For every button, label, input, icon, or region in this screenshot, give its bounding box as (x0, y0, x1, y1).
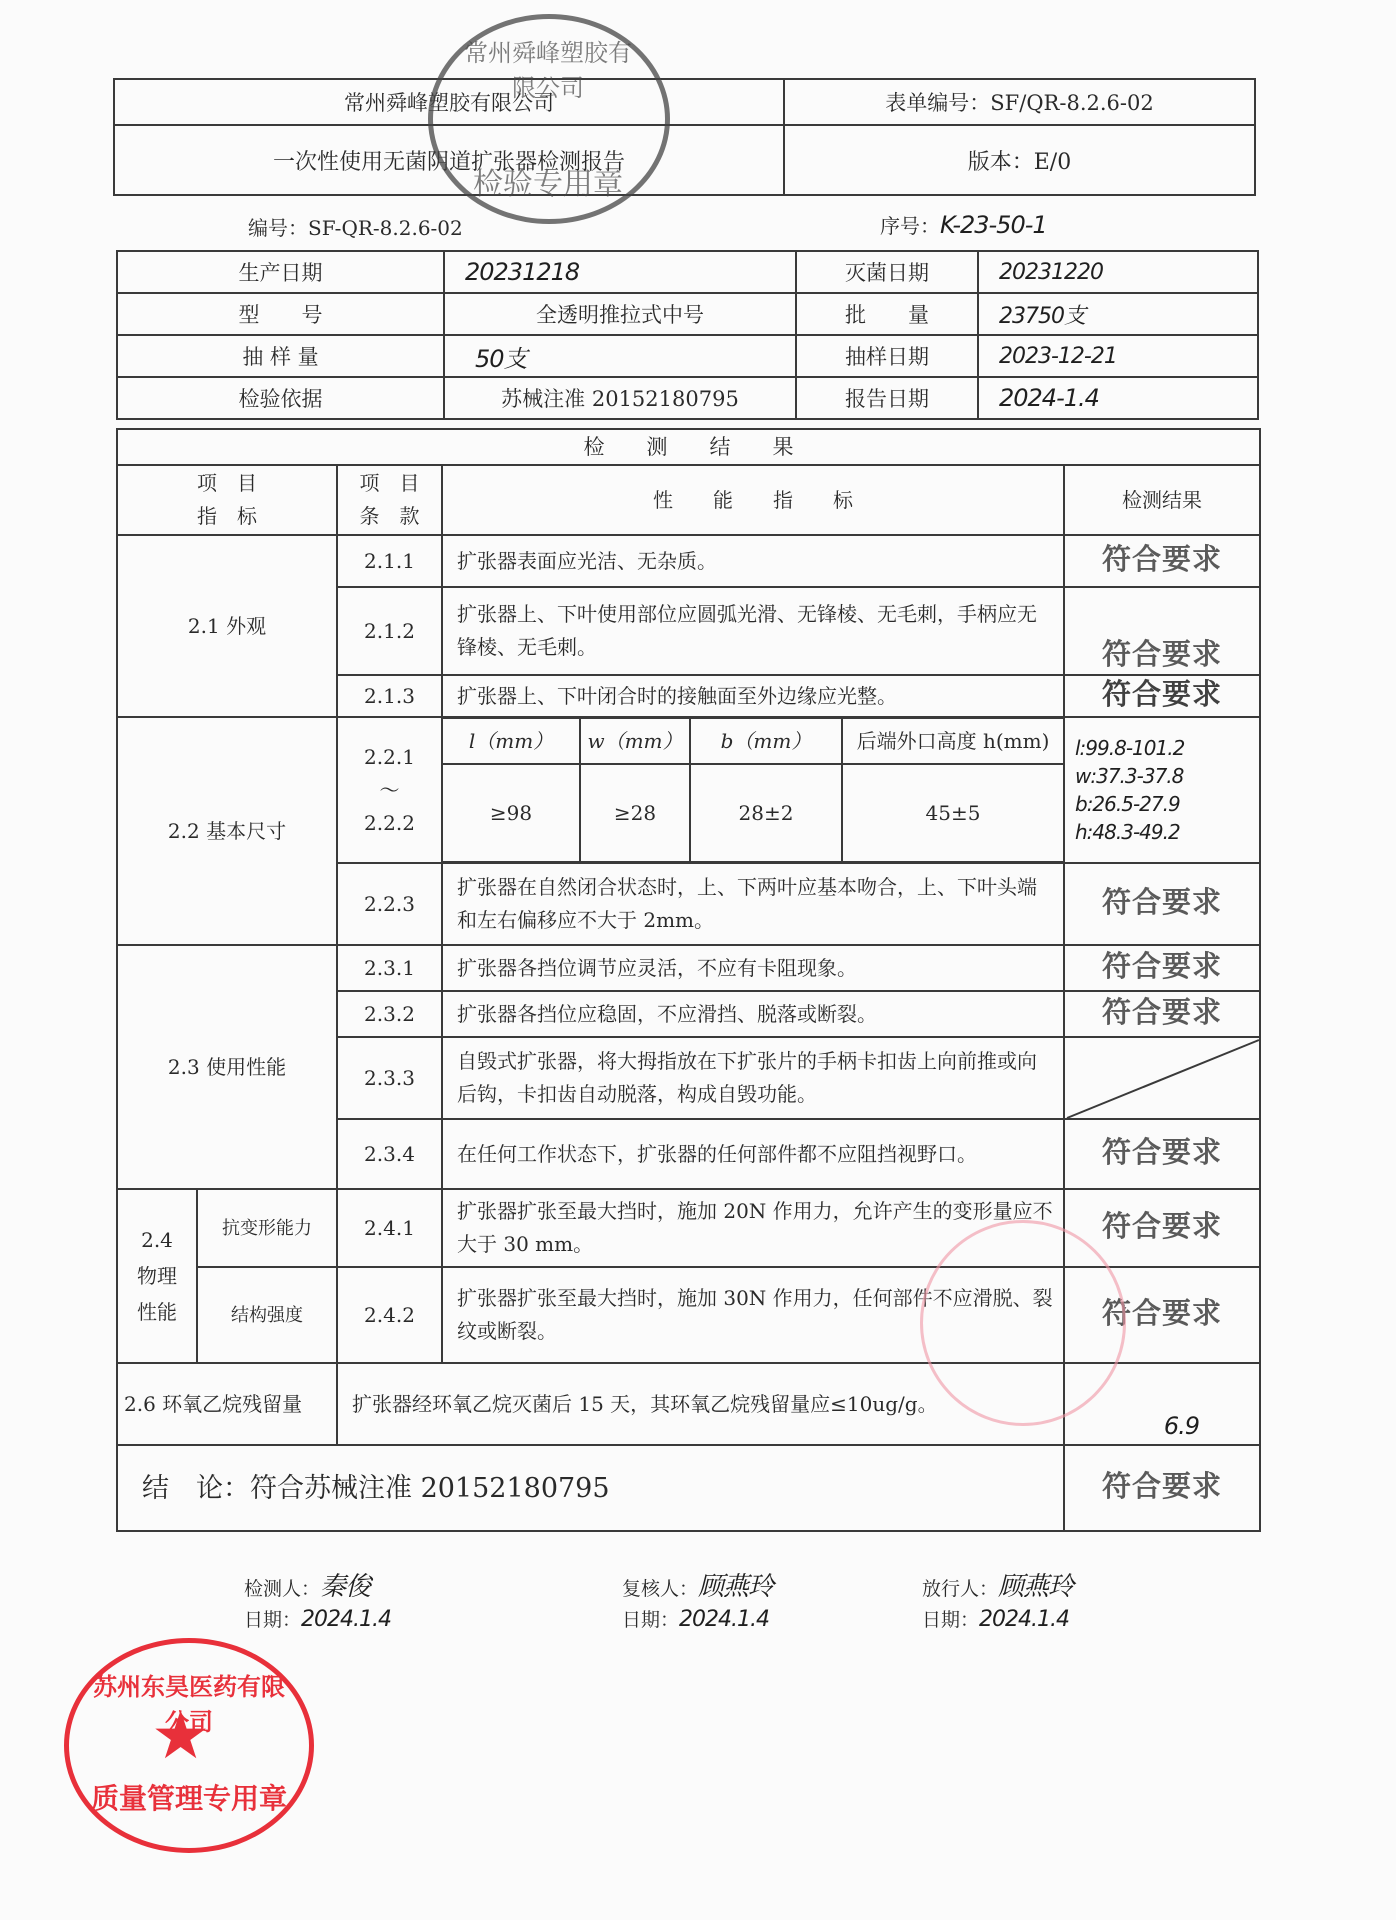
model-value: 全透明推拉式中号 (444, 293, 796, 335)
group-usage: 2.3 使用性能 (117, 945, 337, 1189)
batch-qty-label: 批 量 (796, 293, 978, 335)
dim-header-w: w（mm） (580, 718, 690, 764)
company-name: 常州舜峰塑胶有限公司 (114, 79, 784, 125)
col-clause: 项 目 条 款 (337, 465, 442, 535)
sampling-date-label: 抽样日期 (796, 335, 978, 377)
table-row: 结构强度 2.4.2 扩张器扩张至最大挡时，施加 30N 作用力，任何部件不应滑… (117, 1267, 1260, 1363)
tester-label: 检测人： (244, 1578, 320, 1600)
clause: 2.3.1 (337, 945, 442, 991)
col-performance: 性 能 指 标 (442, 465, 1064, 535)
group-eo-residue: 2.6 环氧乙烷残留量 (117, 1363, 337, 1445)
reviewer-signature: 复核人：顾燕玲 日期：2024.1.4 (622, 1566, 773, 1632)
clause: 2.1.1 (337, 535, 442, 587)
info-table: 生产日期 20231218 灭菌日期 20231220 型 号 全透明推拉式中号… (116, 250, 1259, 420)
quality-stamp-top-text: 苏州东昊医药有限公司 (89, 1667, 289, 1737)
releaser-label: 放行人： (922, 1578, 998, 1600)
group-physical-line1: 2.4 (118, 1222, 196, 1258)
table-row: 2.1 外观 2.1.1 扩张器表面应光洁、无杂质。 符合要求 (117, 535, 1260, 587)
clause: 2.1.2 (337, 587, 442, 675)
dim-header-h: 后端外口高度 h(mm) (842, 718, 1064, 764)
group-dimensions: 2.2 基本尺寸 (117, 717, 337, 945)
sampling-date-value: 2023-12-21 (999, 344, 1117, 369)
col-item-indicator-line1: 项 目 (118, 467, 336, 500)
clause-end: 2.2.2 (338, 807, 441, 840)
clause: 2.3.4 (337, 1119, 442, 1189)
basis-value: 苏械注准 20152180795 (444, 377, 796, 419)
col-result: 检测结果 (1064, 465, 1260, 535)
dim-value-b: 28±2 (690, 764, 842, 862)
quality-stamp: 苏州东昊医药有限公司 ★ 质量管理专用章 (64, 1638, 314, 1853)
requirement: 扩张器在自然闭合状态时，上、下两叶应基本吻合，上、下叶头端和左右偏移应不大于 2… (442, 863, 1064, 945)
results-table: 检 测 结 果 项 目 指 标 项 目 条 款 性 能 指 标 检测结果 2.1… (116, 428, 1261, 1532)
table-row: 2.4 物理 性能 抗变形能力 2.4.1 扩张器扩张至最大挡时，施加 20N … (117, 1189, 1260, 1267)
conclusion: 结 论：符合苏械注准 20152180795 (117, 1445, 1064, 1531)
clause: 2.3.2 (337, 991, 442, 1037)
measured-values: l:99.8-101.2 w:37.3-37.8 b:26.5-27.9 h:4… (1064, 717, 1260, 863)
group-appearance: 2.1 外观 (117, 535, 337, 717)
version: 版本：E/0 (784, 125, 1255, 195)
report-title: 一次性使用无菌阴道扩张器检测报告 (114, 125, 784, 195)
requirement: 自毁式扩张器，将大拇指放在下扩张片的手柄卡扣齿上向前推或向后钩，卡扣齿自动脱落，… (442, 1037, 1064, 1119)
group-physical-line3: 性能 (118, 1294, 196, 1330)
sterilization-date-label: 灭菌日期 (796, 251, 978, 293)
measured-l: l:99.8-101.2 (1075, 734, 1259, 762)
requirement: 在任何工作状态下，扩张器的任何部件都不应阻挡视野口。 (442, 1119, 1064, 1189)
group-physical-line2: 物理 (118, 1258, 196, 1294)
releaser-date: 2024.1.4 (979, 1607, 1069, 1632)
requirement: 扩张器扩张至最大挡时，施加 30N 作用力，任何部件不应滑脱、裂纹或断裂。 (442, 1267, 1064, 1363)
clause: 2.4.1 (337, 1189, 442, 1267)
result-stamp: 符合要求 (1102, 949, 1222, 983)
production-date-value: 20231218 (465, 258, 579, 286)
result-stamp: 符合要求 (1102, 1469, 1222, 1503)
not-applicable-cell (1064, 1037, 1260, 1119)
requirement: 扩张器各挡位应稳固，不应滑挡、脱落或断裂。 (442, 991, 1064, 1037)
result-stamp: 符合要求 (1102, 1135, 1222, 1169)
releaser-signature: 放行人：顾燕玲 日期：2024.1.4 (922, 1566, 1073, 1632)
report-date-value: 2024-1.4 (999, 384, 1099, 412)
requirement: 扩张器表面应光洁、无杂质。 (442, 535, 1064, 587)
measured-b: b:26.5-27.9 (1075, 790, 1259, 818)
clause: 2.1.3 (337, 675, 442, 717)
results-section-title: 检 测 结 果 (117, 429, 1260, 465)
clause-start: 2.2.1 (338, 741, 441, 774)
result-stamp: 符合要求 (1102, 1209, 1222, 1243)
reviewer-name: 顾燕玲 (698, 1572, 773, 1602)
result-stamp: 符合要求 (1102, 995, 1222, 1029)
clause-range: 2.2.1 ～ 2.2.2 (337, 717, 442, 863)
tester-date: 2024.1.4 (301, 1607, 391, 1632)
clause-tilde: ～ (338, 774, 441, 807)
serial-number: 序号：K-23-50-1 (880, 210, 1047, 239)
reviewer-date-label: 日期： (622, 1609, 679, 1631)
requirement: 扩张器上、下叶使用部位应圆弧光滑、无锋棱、无毛刺，手柄应无锋棱、无毛刺。 (442, 587, 1064, 675)
sterilization-date-value: 20231220 (999, 260, 1103, 285)
sample-qty-value: 50支 (475, 345, 527, 373)
production-date-label: 生产日期 (117, 251, 444, 293)
requirement: 扩张器各挡位调节应灵活，不应有卡阻现象。 (442, 945, 1064, 991)
sub-item: 抗变形能力 (197, 1189, 337, 1267)
dim-value-l: ≥98 (442, 764, 580, 862)
requirement: 扩张器经环氧乙烷灭菌后 15 天，其环氧乙烷残留量应≤10ug/g。 (337, 1363, 1064, 1445)
result-stamp: 符合要求 (1102, 637, 1222, 671)
conclusion-row: 结 论：符合苏械注准 20152180795 符合要求 (117, 1445, 1260, 1531)
table-row: 2.6 环氧乙烷残留量 扩张器经环氧乙烷灭菌后 15 天，其环氧乙烷残留量应≤1… (117, 1363, 1260, 1445)
model-label: 型 号 (117, 293, 444, 335)
measured-w: w:37.3-37.8 (1075, 762, 1259, 790)
tester-name: 秦俊 (320, 1572, 370, 1602)
dim-value-w: ≥28 (580, 764, 690, 862)
diagonal-slash-icon (1065, 1038, 1261, 1120)
measured-h: h:48.3-49.2 (1075, 818, 1259, 846)
result-stamp: 符合要求 (1102, 1296, 1222, 1330)
document-number: 编号：SF-QR-8.2.6-02 (248, 212, 463, 241)
clause: 2.3.3 (337, 1037, 442, 1119)
eo-residue-value: 6.9 (1164, 1412, 1199, 1440)
table-row: 2.2 基本尺寸 2.2.1 ～ 2.2.2 l（mm） w（mm） b（mm）… (117, 717, 1260, 863)
sample-qty-label: 抽 样 量 (117, 335, 444, 377)
batch-qty-value: 23750支 (999, 304, 1085, 329)
star-icon: ★ (151, 1703, 210, 1769)
reviewer-label: 复核人： (622, 1578, 698, 1600)
dim-header-l: l（mm） (442, 718, 580, 764)
col-clause-line1: 项 目 (338, 467, 441, 500)
table-row: 2.3 使用性能 2.3.1 扩张器各挡位调节应灵活，不应有卡阻现象。 符合要求 (117, 945, 1260, 991)
serial-number-value: K-23-50-1 (940, 211, 1047, 239)
col-item-indicator: 项 目 指 标 (117, 465, 337, 535)
result-stamp: 符合要求 (1102, 542, 1222, 576)
form-number: 表单编号：SF/QR-8.2.6-02 (784, 79, 1255, 125)
clause: 2.2.3 (337, 863, 442, 945)
requirement: 扩张器上、下叶闭合时的接触面至外边缘应光整。 (442, 675, 1064, 717)
group-physical: 2.4 物理 性能 (117, 1189, 197, 1363)
dim-header-b: b（mm） (690, 718, 842, 764)
requirement: 扩张器扩张至最大挡时，施加 20N 作用力，允许产生的变形量应不大于 30 mm… (442, 1189, 1064, 1267)
dimension-subtable: l（mm） w（mm） b（mm） 后端外口高度 h(mm) ≥98 ≥28 2… (441, 717, 1065, 863)
sub-item: 结构强度 (197, 1267, 337, 1363)
tester-signature: 检测人：秦俊 日期：2024.1.4 (244, 1566, 391, 1632)
result-stamp: 符合要求 (1102, 885, 1222, 919)
result-stamp: 符合要求 (1102, 677, 1222, 711)
clause: 2.4.2 (337, 1267, 442, 1363)
basis-label: 检验依据 (117, 377, 444, 419)
releaser-name: 顾燕玲 (998, 1572, 1073, 1602)
releaser-date-label: 日期： (922, 1609, 979, 1631)
document-number-label: 编号： (248, 216, 308, 240)
quality-stamp-bottom-text: 质量管理专用章 (89, 1777, 289, 1817)
dim-value-h: 45±5 (842, 764, 1064, 862)
document-number-value: SF-QR-8.2.6-02 (308, 216, 463, 240)
col-item-indicator-line2: 指 标 (118, 500, 336, 533)
reviewer-date: 2024.1.4 (679, 1607, 769, 1632)
col-clause-line2: 条 款 (338, 500, 441, 533)
header-table: 常州舜峰塑胶有限公司 表单编号：SF/QR-8.2.6-02 一次性使用无菌阴道… (113, 78, 1256, 196)
dimension-subtable-cell: l（mm） w（mm） b（mm） 后端外口高度 h(mm) ≥98 ≥28 2… (442, 717, 1064, 863)
report-date-label: 报告日期 (796, 377, 978, 419)
serial-number-label: 序号： (880, 214, 940, 238)
tester-date-label: 日期： (244, 1609, 301, 1631)
